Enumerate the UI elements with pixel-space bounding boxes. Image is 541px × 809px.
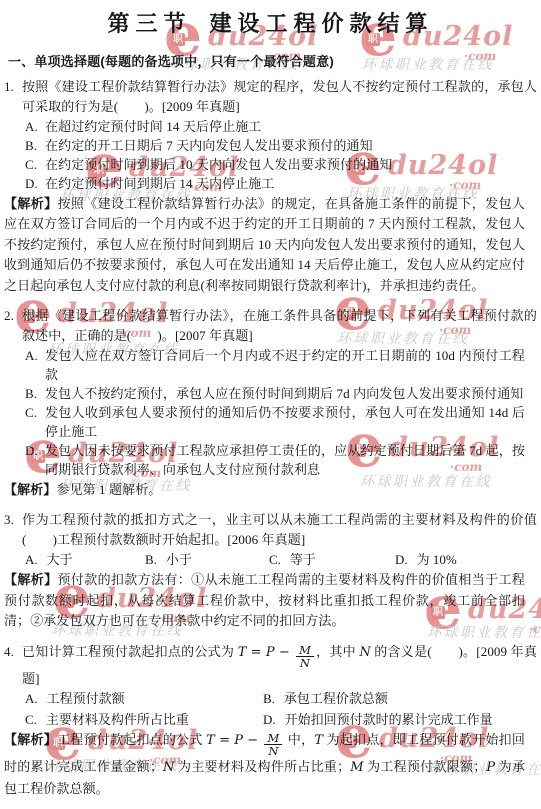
fraction-numerator: M <box>296 644 314 657</box>
option-d: D.在约定预付时间到期后 14 天内停止施工 <box>25 174 537 193</box>
option-label: D. <box>25 174 38 193</box>
analysis: 【解析】参见第 1 题解析。 <box>4 480 525 500</box>
option-label: A. <box>25 346 38 365</box>
analysis-label: 【解析】 <box>4 196 57 211</box>
math-variable: P <box>486 760 495 775</box>
options: A.大于B.小于C.等于D.为 10% <box>25 550 537 569</box>
question-4: 4.已知计算工程预付款起扣点的公式为 T = P − MN，其中 N 的含义是(… <box>4 642 537 799</box>
analysis: 【解析】预付款的扣款方法有：①从未施工工程尚需的主要材料及构件的价值相当于工程预… <box>4 570 525 631</box>
question-1: 1.按照《建设工程价款结算暂行办法》规定的程序，发包人不按约定预付工程款的，承包… <box>4 77 537 296</box>
page-title-text: 建设工程价款结算 <box>210 11 434 36</box>
option-label: C. <box>269 552 281 567</box>
math-variable: N <box>163 760 174 775</box>
question-number: 2. <box>4 306 14 326</box>
document-content: 第三节建设工程价款结算 一、单项选择题(每题的备选项中，只有一个最符合题意) 1… <box>0 0 541 799</box>
math-variable: M <box>350 760 363 775</box>
option-label: B. <box>25 136 37 155</box>
option-label: D. <box>395 552 408 567</box>
option-c: C.主要材料及构件所占比重 <box>25 710 263 729</box>
options: A.工程预付款额B.承包工程价款总额C.主要材料及构件所占比重D.开始扣回预付款… <box>25 689 537 729</box>
option-a: A.发包人应在双方签订合同后一个月内或不迟于约定的开工日期前的 10d 内预付工… <box>25 346 537 384</box>
option-c: C.在约定预付时间到期后 10 天内向发包人发出要求预付的通知 <box>25 155 537 174</box>
option-a: A.大于 <box>25 550 145 569</box>
fraction: MN <box>296 644 314 669</box>
option-a: A.工程预付款额 <box>25 689 263 708</box>
question-stem: 4.已知计算工程预付款起扣点的公式为 T = P − MN，其中 N 的含义是(… <box>4 642 537 689</box>
fraction-denominator: N <box>296 657 314 669</box>
option-a: A.在超过约定预付时间 14 天后停止施工 <box>25 117 537 136</box>
analysis-label: 【解析】 <box>4 482 56 497</box>
options: A.发包人应在双方签订合同后一个月内或不迟于约定的开工日期前的 10d 内预付工… <box>25 346 537 479</box>
question-stem: 1.按照《建设工程价款结算暂行办法》规定的程序，发包人不按约定预付工程款的，承包… <box>4 77 537 116</box>
math-variable: N <box>359 645 370 660</box>
option-label: A. <box>25 691 38 706</box>
option-b: B.发包人不按约定预付，承包人应在预付时间到期后 7d 内向发包人发出要求预付通… <box>25 384 537 403</box>
analysis-label: 【解析】 <box>4 572 57 587</box>
analysis: 【解析】按照《建设工程价款结算暂行办法》的规定，在具备施工条件的前提下，发包人应… <box>4 194 525 296</box>
option-label: D. <box>25 441 38 460</box>
page-title-section: 第三节 <box>107 11 191 36</box>
math-variable: T <box>314 733 323 748</box>
math-variable: T = P − <box>238 645 294 660</box>
option-b: B.小于 <box>145 550 269 569</box>
page-title: 第三节建设工程价款结算 <box>4 7 537 38</box>
option-label: A. <box>25 117 38 136</box>
question-2: 2.根据《建设工程价款结算暂行办法》，在施工条件具备的前提下，下列有关工程预付款… <box>4 306 537 500</box>
option-c: C.等于 <box>269 550 395 569</box>
option-d: D.为 10% <box>395 550 457 569</box>
option-label: C. <box>25 712 37 727</box>
option-label: A. <box>25 552 38 567</box>
question-stem: 2.根据《建设工程价款结算暂行办法》，在施工条件具备的前提下，下列有关工程预付款… <box>4 306 537 345</box>
option-label: B. <box>263 691 275 706</box>
option-label: D. <box>263 712 276 727</box>
question-3: 3.作为工程预付款的抵扣方式之一，业主可以从未施工工程尚需的主要材料及构件的价值… <box>4 510 537 631</box>
question-number: 1. <box>4 77 14 97</box>
analysis: 【解析】工程预付款起扣点的公式 T = P − MN 中，T 为起扣点，即工程预… <box>4 730 525 799</box>
option-c: C.发包人收到承包人要求预付的通知后仍不按要求预付，承包人可在发出通知 14d … <box>25 403 537 441</box>
option-d: D.发包人因未按要求预付工程款应承担停工责任的，应从约定预付日期后第 7d 起，… <box>25 441 537 479</box>
question-number: 3. <box>4 510 14 530</box>
option-d: D.开始扣回预付款时的累计完成工作量 <box>263 710 537 729</box>
analysis-label: 【解析】 <box>4 732 57 747</box>
option-label: B. <box>25 384 37 403</box>
option-label: B. <box>145 552 157 567</box>
math-variable: T = P − <box>206 733 262 748</box>
option-b: B.在约定的开工日期后 7 天内向发包人发出要求预付的通知 <box>25 136 537 155</box>
questions-list: 1.按照《建设工程价款结算暂行办法》规定的程序，发包人不按约定预付工程款的，承包… <box>4 77 537 799</box>
fraction: MN <box>264 732 282 757</box>
section-heading: 一、单项选择题(每题的备选项中，只有一个最符合题意) <box>8 51 537 70</box>
fraction-denominator: N <box>264 745 282 757</box>
question-number: 4. <box>4 642 14 662</box>
options: A.在超过约定预付时间 14 天后停止施工B.在约定的开工日期后 7 天内向发包… <box>25 117 537 193</box>
option-b: B.承包工程价款总额 <box>263 689 537 708</box>
question-stem: 3.作为工程预付款的抵扣方式之一，业主可以从未施工工程尚需的主要材料及构件的价值… <box>4 510 537 549</box>
option-label: C. <box>25 155 37 174</box>
option-label: C. <box>25 403 37 422</box>
page: e职du24ol·com环球职业教育在线e职du24ol·com环球职业教育在线… <box>0 0 541 809</box>
